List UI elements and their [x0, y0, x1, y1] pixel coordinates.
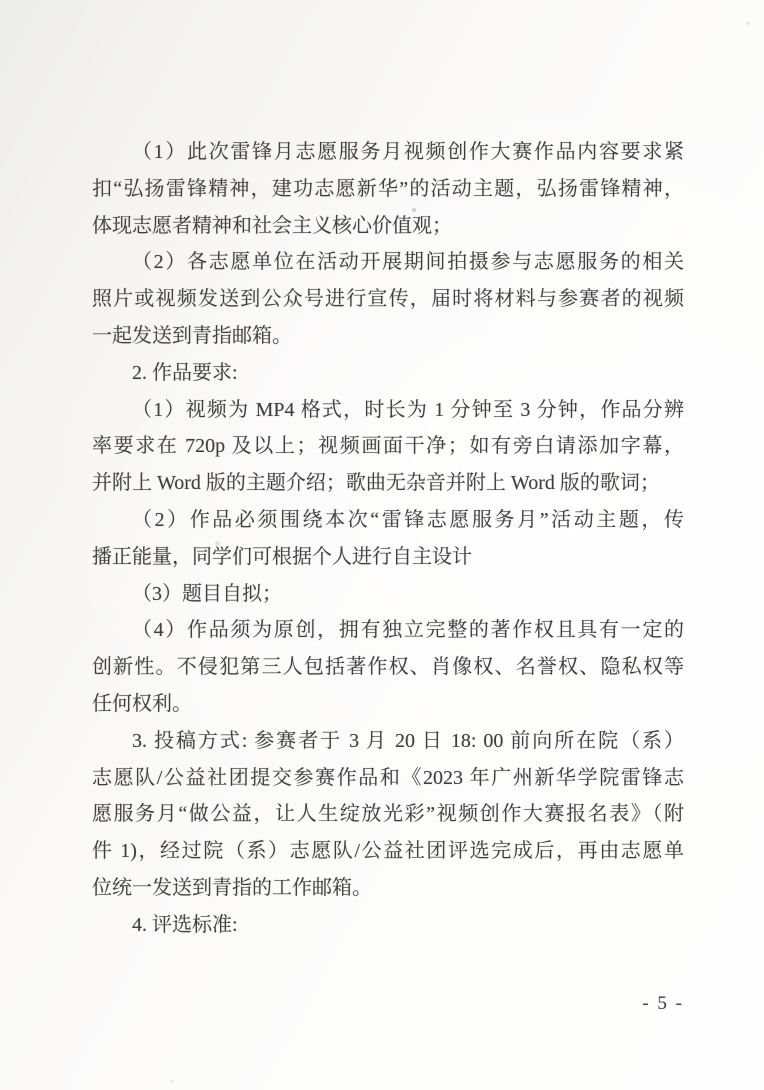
- page-number: - 5 -: [92, 993, 684, 1015]
- scan-speck: [170, 1080, 173, 1083]
- text-line: 件 1)，经过院（系）志愿队/公益社团评选完成后，再由志愿单: [92, 833, 684, 870]
- text-line: 扣“弘扬雷锋精神，建功志愿新华”的活动主题，弘扬雷锋精神，: [92, 171, 684, 208]
- document-body: （1）此次雷锋月志愿服务月视频创作大赛作品内容要求紧扣“弘扬雷锋精神，建功志愿新…: [92, 134, 684, 944]
- scan-speck: [747, 22, 750, 25]
- scan-speck: [412, 208, 416, 212]
- text-line: 一起发送到青指邮箱。: [92, 318, 684, 355]
- text-line: 播正能量，同学们可根据个人进行自主设计: [92, 539, 684, 576]
- text-line: （4）作品须为原创，拥有独立完整的著作权且具有一定的: [92, 612, 684, 649]
- text-line: 4. 评选标准:: [92, 907, 684, 944]
- text-line: 率要求在 720p 及以上；视频画面干净；如有旁白请添加字幕，: [92, 428, 684, 465]
- text-line: （2）各志愿单位在活动开展期间拍摄参与志愿服务的相关: [92, 244, 684, 281]
- text-line: （1）此次雷锋月志愿服务月视频创作大赛作品内容要求紧: [92, 134, 684, 171]
- text-line: 2. 作品要求:: [92, 355, 684, 392]
- scanned-document-page: （1）此次雷锋月志愿服务月视频创作大赛作品内容要求紧扣“弘扬雷锋精神，建功志愿新…: [0, 0, 764, 1090]
- scan-speck: [215, 541, 220, 546]
- text-line: （1）视频为 MP4 格式，时长为 1 分钟至 3 分钟，作品分辨: [92, 392, 684, 429]
- text-line: （3）题目自拟；: [92, 576, 684, 613]
- text-line: （2）作品必须围绕本次“雷锋志愿服务月”活动主题，传: [92, 502, 684, 539]
- text-line: 志愿队/公益社团提交参赛作品和《2023 年广州新华学院雷锋志: [92, 760, 684, 797]
- text-line: 照片或视频发送到公众号进行宣传，届时将材料与参赛者的视频: [92, 281, 684, 318]
- text-line: 体现志愿者精神和社会主义核心价值观；: [92, 208, 684, 245]
- text-line: 创新性。不侵犯第三人包括著作权、肖像权、名誉权、隐私权等: [92, 649, 684, 686]
- text-line: 位统一发送到青指的工作邮箱。: [92, 870, 684, 907]
- text-line: 任何权利。: [92, 686, 684, 723]
- text-line: 3. 投稿方式: 参赛者于 3 月 20 日 18: 00 前向所在院（系）: [92, 723, 684, 760]
- text-line: 并附上 Word 版的主题介绍；歌曲无杂音并附上 Word 版的歌词；: [92, 465, 684, 502]
- text-line: 愿服务月“做公益，让人生绽放光彩”视频创作大赛报名表》（附: [92, 796, 684, 833]
